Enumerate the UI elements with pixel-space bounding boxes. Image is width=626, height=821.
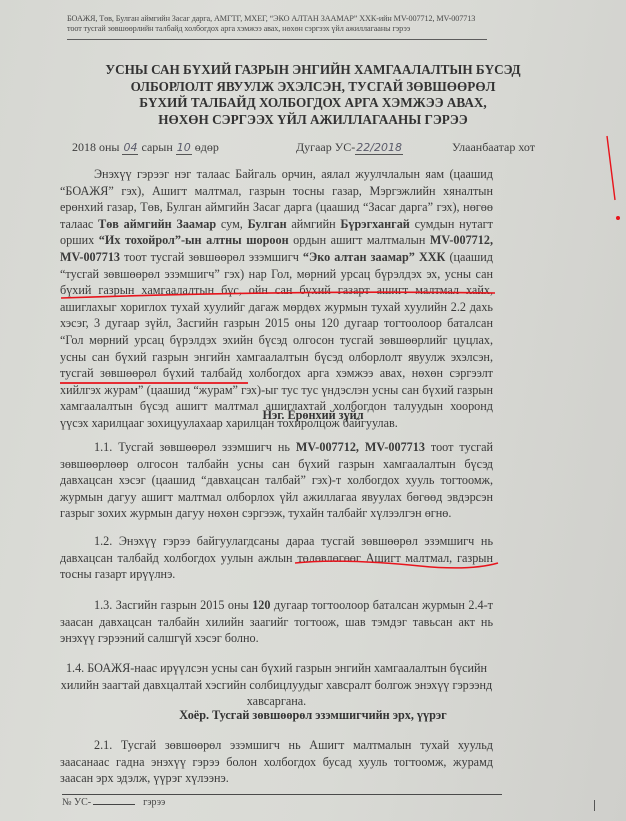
day-label: өдөр: [195, 140, 219, 154]
contract-date: 2018 оны 04 сарын 10 өдөр: [72, 140, 219, 155]
text: 1.4. БОАЖЯ-наас ирүүлсэн усны сан бүхий …: [60, 660, 493, 710]
header-line-2: тоот тусгай зөвшөөрлийн талбайд холбогдо…: [67, 24, 487, 34]
text: тоот тусгай зөвшөөрөл эзэмшигч: [120, 250, 303, 264]
footer: № УС-гэрээ: [62, 797, 165, 808]
section-2-heading: Хоёр. Тусгай зөвшөөрөл эзэмшигчийн эрх, …: [0, 708, 626, 723]
clause-1-3: 1.3. Засгийн газрын 2015 оны 120 дугаар …: [60, 597, 493, 647]
footer-doc-label: гэрээ: [143, 797, 165, 808]
text-bold: Булган: [248, 217, 287, 231]
text-bold: 120: [252, 598, 270, 612]
footer-rule: [62, 794, 502, 795]
clause-1-2: 1.2. Энэхүү гэрээ байгуулагдсаны дараа т…: [60, 533, 493, 583]
number-label: Дугаар УС-: [296, 140, 355, 154]
footer-blank-line: [93, 804, 135, 805]
text-bold: MV-007712, MV-007713: [296, 440, 425, 454]
month-label: сарын: [141, 140, 172, 154]
contract-place: Улаанбаатар хот: [452, 140, 535, 155]
header-line-1: БОАЖЯ, Төв, Булган аймгийн Засаг дарга, …: [67, 14, 487, 24]
text-bold: Бүрэгхангай: [340, 217, 409, 231]
text: 1.3. Засгийн газрын 2015 оны: [94, 598, 252, 612]
title-line: ОЛБОРЛОЛТ ЯВУУЛЖ ЭХЭЛСЭН, ТУСГАЙ ЗӨВШӨӨР…: [0, 79, 626, 96]
title-line: БҮХИЙ ТАЛБАЙД ХОЛБОГДОХ АРГА ХЭМЖЭЭ АВАХ…: [0, 95, 626, 112]
text-bold: “Эко алтан заамар” ХХК: [303, 250, 446, 264]
document-title: УСНЫ САН БҮХИЙ ГАЗРЫН ЭНГИЙН ХАМГААЛАЛТЫ…: [0, 62, 626, 128]
text: 1.1. Тусгай зөвшөөрөл эзэмшигч нь: [94, 440, 296, 454]
day-handwritten: 10: [176, 141, 192, 155]
text: аймгийн: [287, 217, 341, 231]
year-label: 2018 оны: [72, 140, 119, 154]
text-bold: Төв аймгийн Заамар: [98, 217, 216, 231]
text: сум,: [216, 217, 247, 231]
clause-1-4: 1.4. БОАЖЯ-наас ирүүлсэн усны сан бүхий …: [60, 660, 493, 710]
running-header: БОАЖЯ, Төв, Булган аймгийн Засаг дарга, …: [67, 14, 487, 34]
month-handwritten: 04: [122, 141, 138, 155]
document-page: БОАЖЯ, Төв, Булган аймгийн Засаг дарга, …: [0, 0, 626, 821]
text: 2.1. Тусгай зөвшөөрөл эзэмшигч нь Ашигт …: [60, 737, 493, 787]
title-line: НӨХӨН СЭРГЭЭХ ҮЙЛ АЖИЛЛАГААНЫ ГЭРЭЭ: [0, 112, 626, 129]
text: (цаашид “тусгай зөвшөөрөл эзэмшигч” гэх)…: [60, 250, 493, 430]
footer-number-label: № УС-: [62, 797, 91, 808]
title-line: УСНЫ САН БҮХИЙ ГАЗРЫН ЭНГИЙН ХАМГААЛАЛТЫ…: [0, 62, 626, 79]
date-line: 2018 оны 04 сарын 10 өдөр Дугаар УС-22/2…: [72, 140, 542, 160]
page-number-mark: [594, 800, 595, 811]
margin-dot-mark: [616, 216, 620, 220]
number-handwritten: 22/2018: [355, 141, 403, 155]
margin-stroke-mark: [607, 136, 615, 200]
clause-2-1: 2.1. Тусгай зөвшөөрөл эзэмшигч нь Ашигт …: [60, 737, 493, 787]
intro-paragraph: Энэхүү гэрээг нэг талаас Байгаль орчин, …: [60, 166, 493, 432]
clause-1-1: 1.1. Тусгай зөвшөөрөл эзэмшигч нь MV-007…: [60, 439, 493, 522]
text: ордын ашигт малтмалын: [289, 233, 430, 247]
header-rule: [67, 39, 487, 40]
contract-number: Дугаар УС-22/2018: [296, 140, 403, 155]
text: 1.2. Энэхүү гэрээ байгуулагдсаны дараа т…: [60, 533, 493, 583]
text-bold: “Их тохойрол”-ын алтны шороон: [99, 233, 289, 247]
section-1-heading: Нэг. Ерөнхий зүйл: [0, 408, 626, 423]
